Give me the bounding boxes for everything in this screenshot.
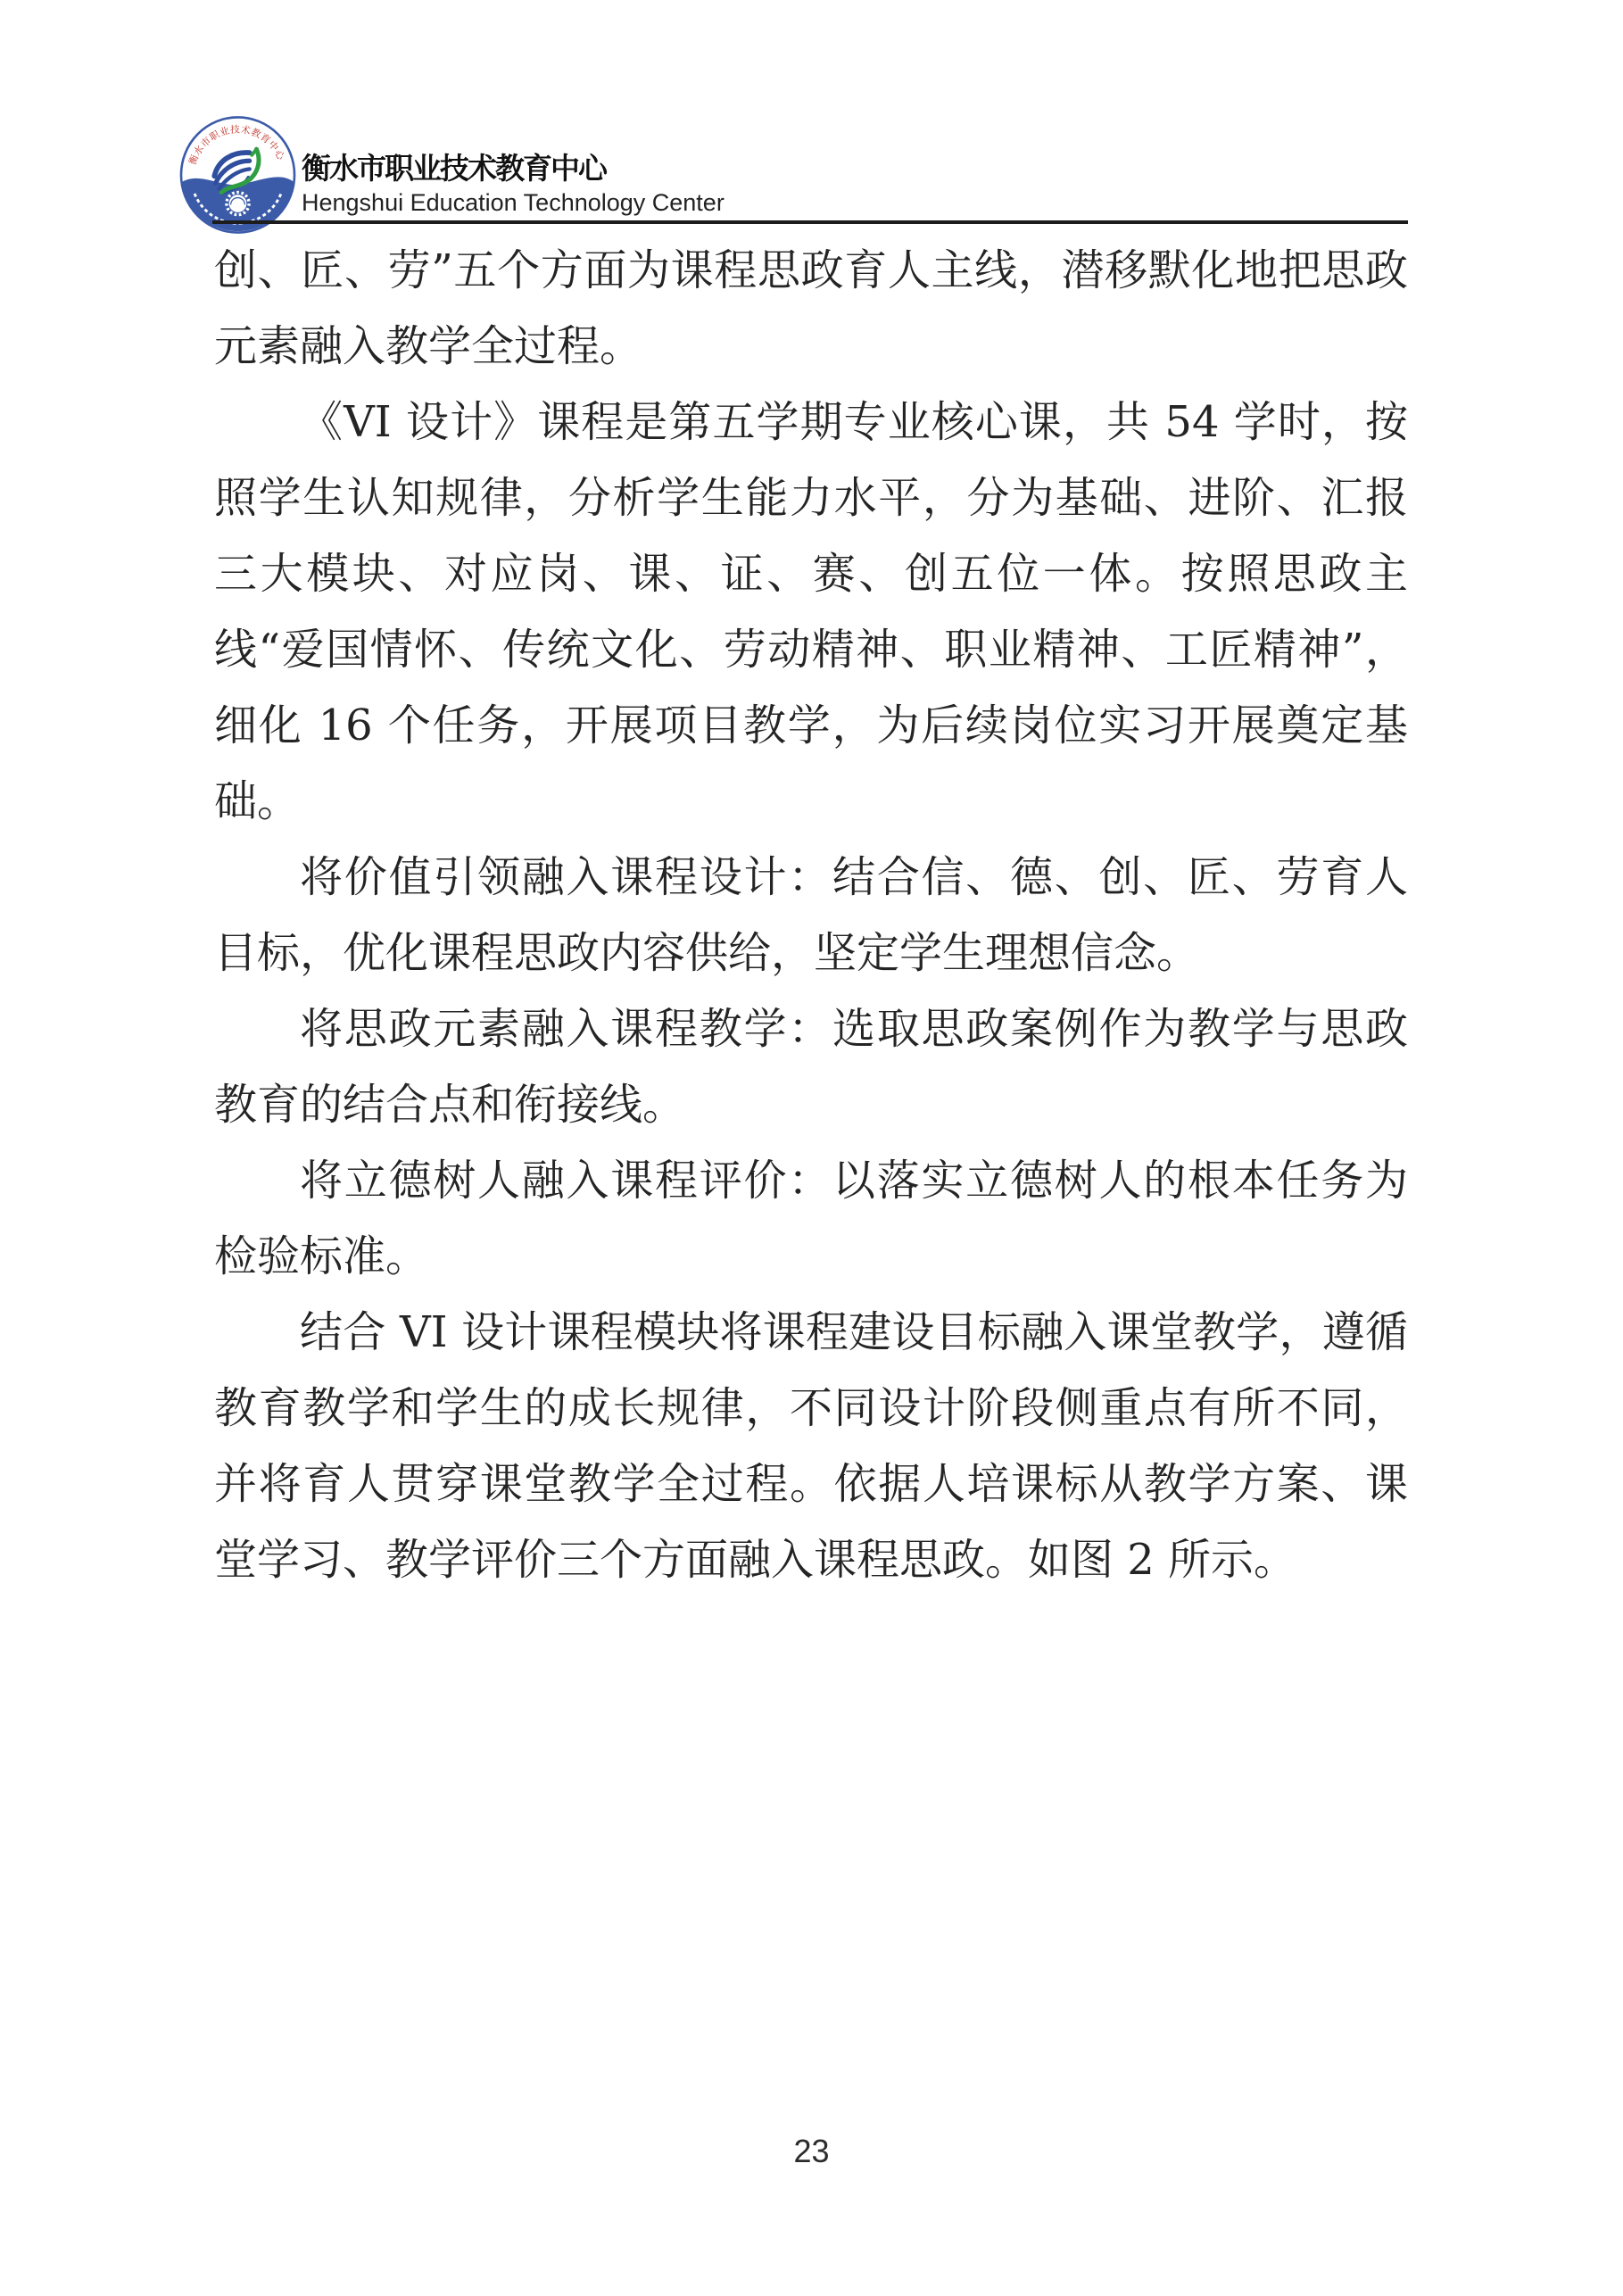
- document-page: { "page": { "number": "23", "background_…: [0, 0, 1623, 2296]
- paragraph-5: 将立德树人融入课程评价：以落实立德树人的根本任务为检验标准。: [214, 1143, 1408, 1295]
- paragraph-1: 创、匠、劳”五个方面为课程思政育人主线，潜移默化地把思政元素融入教学全过程。: [214, 233, 1408, 385]
- page-number: 23: [0, 2133, 1623, 2170]
- school-logo: 衡水市职业技术教育中心: [179, 116, 296, 234]
- header-divider: [212, 220, 1408, 224]
- paragraph-4: 将思政元素融入课程教学：选取思政案例作为教学与思政教育的结合点和衔接线。: [214, 991, 1408, 1143]
- page-header: 衡水市职业技术教育中心 衡水市职业技术教育中心 Hengshui Educati…: [0, 0, 1623, 241]
- paragraph-6: 结合 VI 设计课程模块将课程建设目标融入课堂教学，遵循教育教学和学生的成长规律…: [214, 1295, 1408, 1598]
- org-name-chinese: 衡水市职业技术教育中心: [302, 145, 606, 187]
- document-body: 创、匠、劳”五个方面为课程思政育人主线，潜移默化地把思政元素融入教学全过程。 《…: [214, 233, 1408, 1598]
- paragraph-3: 将价值引领融入课程设计：结合信、德、创、匠、劳育人目标，优化课程思政内容供给，坚…: [214, 840, 1408, 991]
- paragraph-2: 《VI 设计》课程是第五学期专业核心课，共 54 学时，按照学生认知规律，分析学…: [214, 385, 1408, 840]
- org-name-english: Hengshui Education Technology Center: [302, 189, 725, 217]
